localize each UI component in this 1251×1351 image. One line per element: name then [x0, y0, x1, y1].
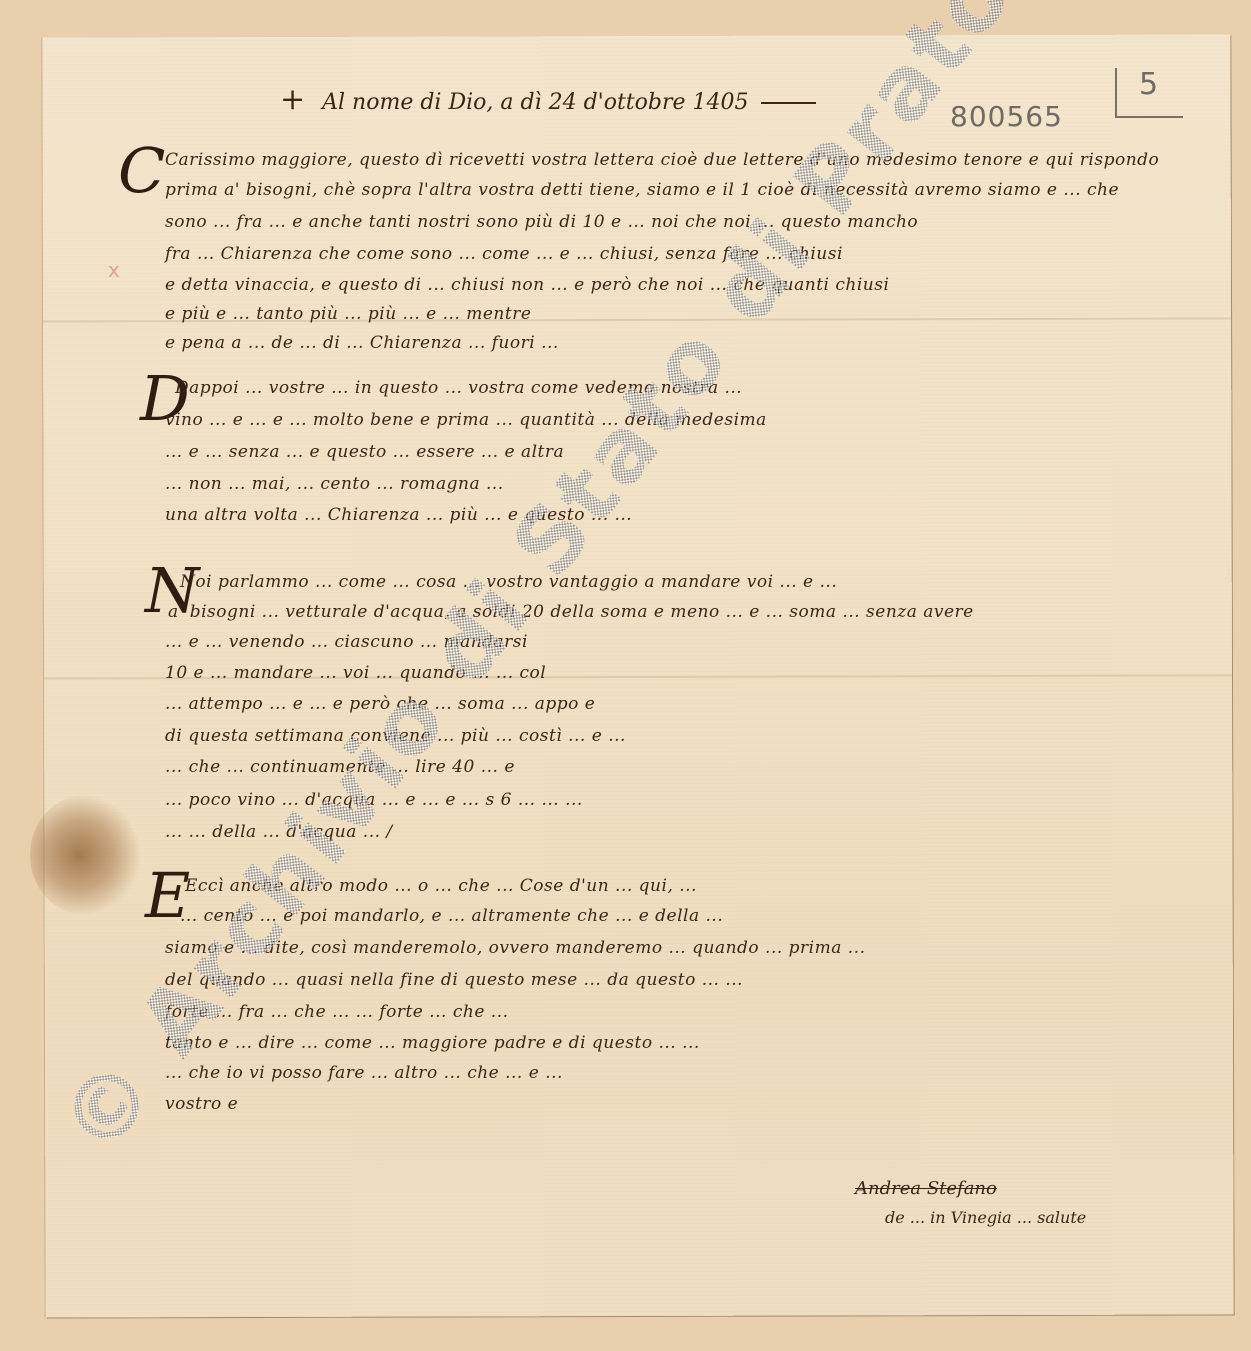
cross-symbol: + [280, 82, 305, 117]
text-line: ... e ... senza ... e questo ... essere … [165, 442, 564, 462]
signature-line-1: Andrea Stefano [855, 1178, 997, 1199]
text-line: a' bisogni ... vetturale d'acqua, a sold… [168, 602, 974, 622]
ink-stain [30, 795, 140, 915]
letter-heading: + Al nome di Dio, a dì 24 d'ottobre 1405 [280, 82, 822, 117]
folio-number: 5 [1115, 68, 1183, 118]
margin-mark: x [108, 258, 120, 282]
text-line: ... che io vi posso fare ... altro ... c… [165, 1063, 563, 1083]
text-line: e più e ... tanto più ... più ... e ... … [165, 304, 531, 324]
heading-text: Al nome di Dio, a dì 24 d'ottobre 1405 [322, 90, 748, 115]
signature-line-2: de ... in Vinegia ... salute [885, 1208, 1086, 1227]
archive-number: 800565 [950, 100, 1063, 133]
text-line: e pena a ... de ... di ... Chiarenza ...… [165, 333, 559, 353]
text-line: Carissimo maggiore, questo dì ricevetti … [165, 150, 1159, 170]
heading-dash [761, 102, 816, 104]
initial-letter: C [118, 140, 165, 202]
text-line: prima a' bisogni, chè sopra l'altra vost… [165, 180, 1119, 200]
text-line: ... non ... mai, ... cento ... romagna .… [165, 474, 504, 494]
text-line: tanto e ... dire ... come ... maggiore p… [165, 1033, 700, 1053]
